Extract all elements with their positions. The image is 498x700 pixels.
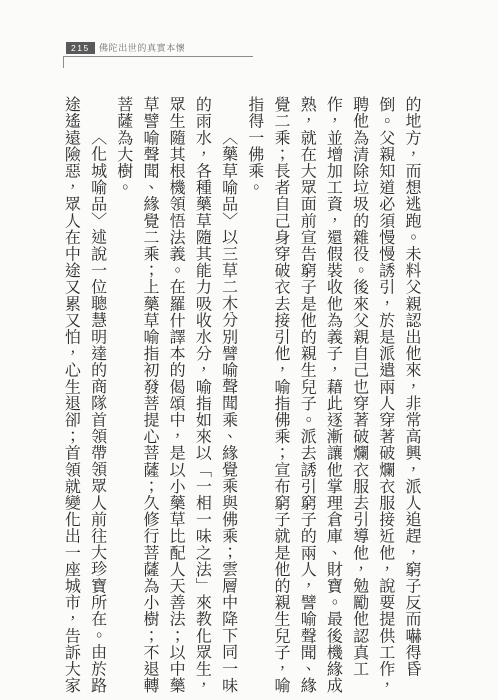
body-paragraph-1: 的地方，而想逃跑。未料父親認出他來，非常高興，派人追趕，窮子反而嚇得昏倒。父親知… bbox=[241, 96, 424, 696]
running-title: 佛陀出世的真實本懷 bbox=[99, 43, 185, 54]
header-rule bbox=[63, 56, 253, 57]
body-paragraph-2: 〈藥草喻品〉以三草二木分別譬喻聲聞乘、緣覺乘與佛乘；雲層中降下同一味的雨水，各種… bbox=[110, 96, 241, 696]
book-page: 215 佛陀出世的真實本懷 的地方，而想逃跑。未料父親認出他來，非常高興，派人追… bbox=[0, 0, 498, 700]
header-rule-tick bbox=[63, 56, 64, 68]
body-paragraph-3: 〈化城喻品〉述說一位聰慧明達的商隊首領帶領眾人前往大珍寶所在。由於路途遙遠險惡，… bbox=[57, 96, 109, 696]
page-body: 的地方，而想逃跑。未料父親認出他來，非常高興，派人追趕，窮子反而嚇得昏倒。父親知… bbox=[57, 96, 424, 696]
page-number-badge: 215 bbox=[66, 42, 95, 54]
